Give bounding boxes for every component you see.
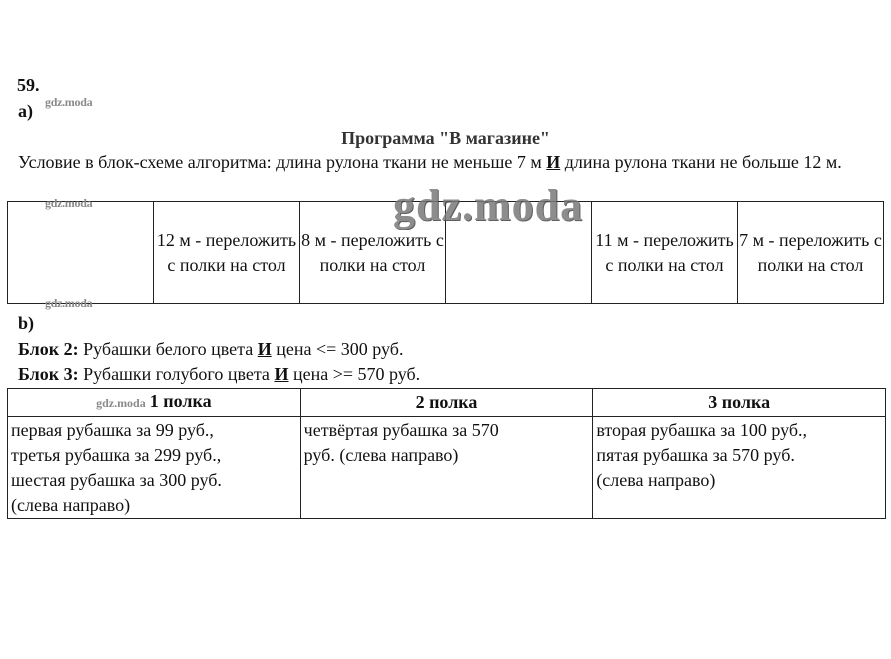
condition-before: Условие в блок-схеме алгоритма: длина ру… <box>18 152 546 172</box>
cell-line: первая рубашка за 99 руб., <box>11 418 300 443</box>
cell-line: третья рубашка за 299 руб., <box>11 443 300 468</box>
table-row: первая рубашка за 99 руб., третья рубашк… <box>8 417 886 519</box>
part-b-label: b) <box>18 313 34 334</box>
table-cell <box>446 202 592 304</box>
table-cell: первая рубашка за 99 руб., третья рубашк… <box>8 417 301 519</box>
block-text: цена <= 300 руб. <box>272 339 404 359</box>
table-header-row: gdz.moda1 полка 2 полка 3 полка <box>8 389 886 417</box>
block-label: Блок 2: <box>18 339 79 359</box>
table-cell: 7 м - переложить с полки на стол <box>738 202 884 304</box>
block-connector: И <box>258 339 272 359</box>
watermark: gdz.moda <box>45 95 92 110</box>
table-cell: четвёртая рубашка за 570 руб. (слева нап… <box>300 417 593 519</box>
watermark: gdz.moda <box>45 196 92 211</box>
column-header: 3 полка <box>593 389 886 417</box>
watermark: gdz.moda <box>45 296 92 311</box>
cell-line: (слева направо) <box>11 493 300 518</box>
cell-line: вторая рубашка за 100 руб., <box>596 418 885 443</box>
table-cell: 11 м - переложить с полки на стол <box>592 202 738 304</box>
condition-text: Условие в блок-схеме алгоритма: длина ру… <box>18 150 873 175</box>
part-a-label: a) <box>18 101 33 122</box>
answer-table-b: gdz.moda1 полка 2 полка 3 полка первая р… <box>7 388 886 519</box>
cell-line: шестая рубашка за 300 руб. <box>11 468 300 493</box>
block-text: Рубашки белого цвета <box>79 339 258 359</box>
block-text: Рубашки голубого цвета <box>79 364 275 384</box>
block-3-condition: Блок 3: Рубашки голубого цвета И цена >=… <box>18 364 420 385</box>
answer-table-a: 12 м - переложить с полки на стол 8 м - … <box>7 201 884 304</box>
program-title: Программа "В магазине" <box>0 128 891 149</box>
problem-number: 59. <box>17 75 40 96</box>
block-text: цена >= 570 руб. <box>288 364 420 384</box>
table-cell: 12 м - переложить с полки на стол <box>154 202 300 304</box>
block-2-condition: Блок 2: Рубашки белого цвета И цена <= 3… <box>18 339 403 360</box>
condition-connector: И <box>546 152 560 172</box>
table-cell <box>8 202 154 304</box>
table-cell: вторая рубашка за 100 руб., пятая рубашк… <box>593 417 886 519</box>
block-label: Блок 3: <box>18 364 79 384</box>
cell-line: (слева направо) <box>596 468 885 493</box>
cell-line: пятая рубашка за 570 руб. <box>596 443 885 468</box>
column-header-label: 1 полка <box>150 391 212 411</box>
block-connector: И <box>274 364 288 384</box>
watermark: gdz.moda <box>96 396 146 410</box>
cell-line: четвёртая рубашка за 570 <box>304 418 593 443</box>
column-header: gdz.moda1 полка <box>8 389 301 417</box>
column-header: 2 полка <box>300 389 593 417</box>
table-cell: 8 м - переложить с полки на стол <box>300 202 446 304</box>
condition-after: длина рулона ткани не больше 12 м. <box>560 152 842 172</box>
table-row: 12 м - переложить с полки на стол 8 м - … <box>8 202 884 304</box>
cell-line: руб. (слева направо) <box>304 443 593 468</box>
